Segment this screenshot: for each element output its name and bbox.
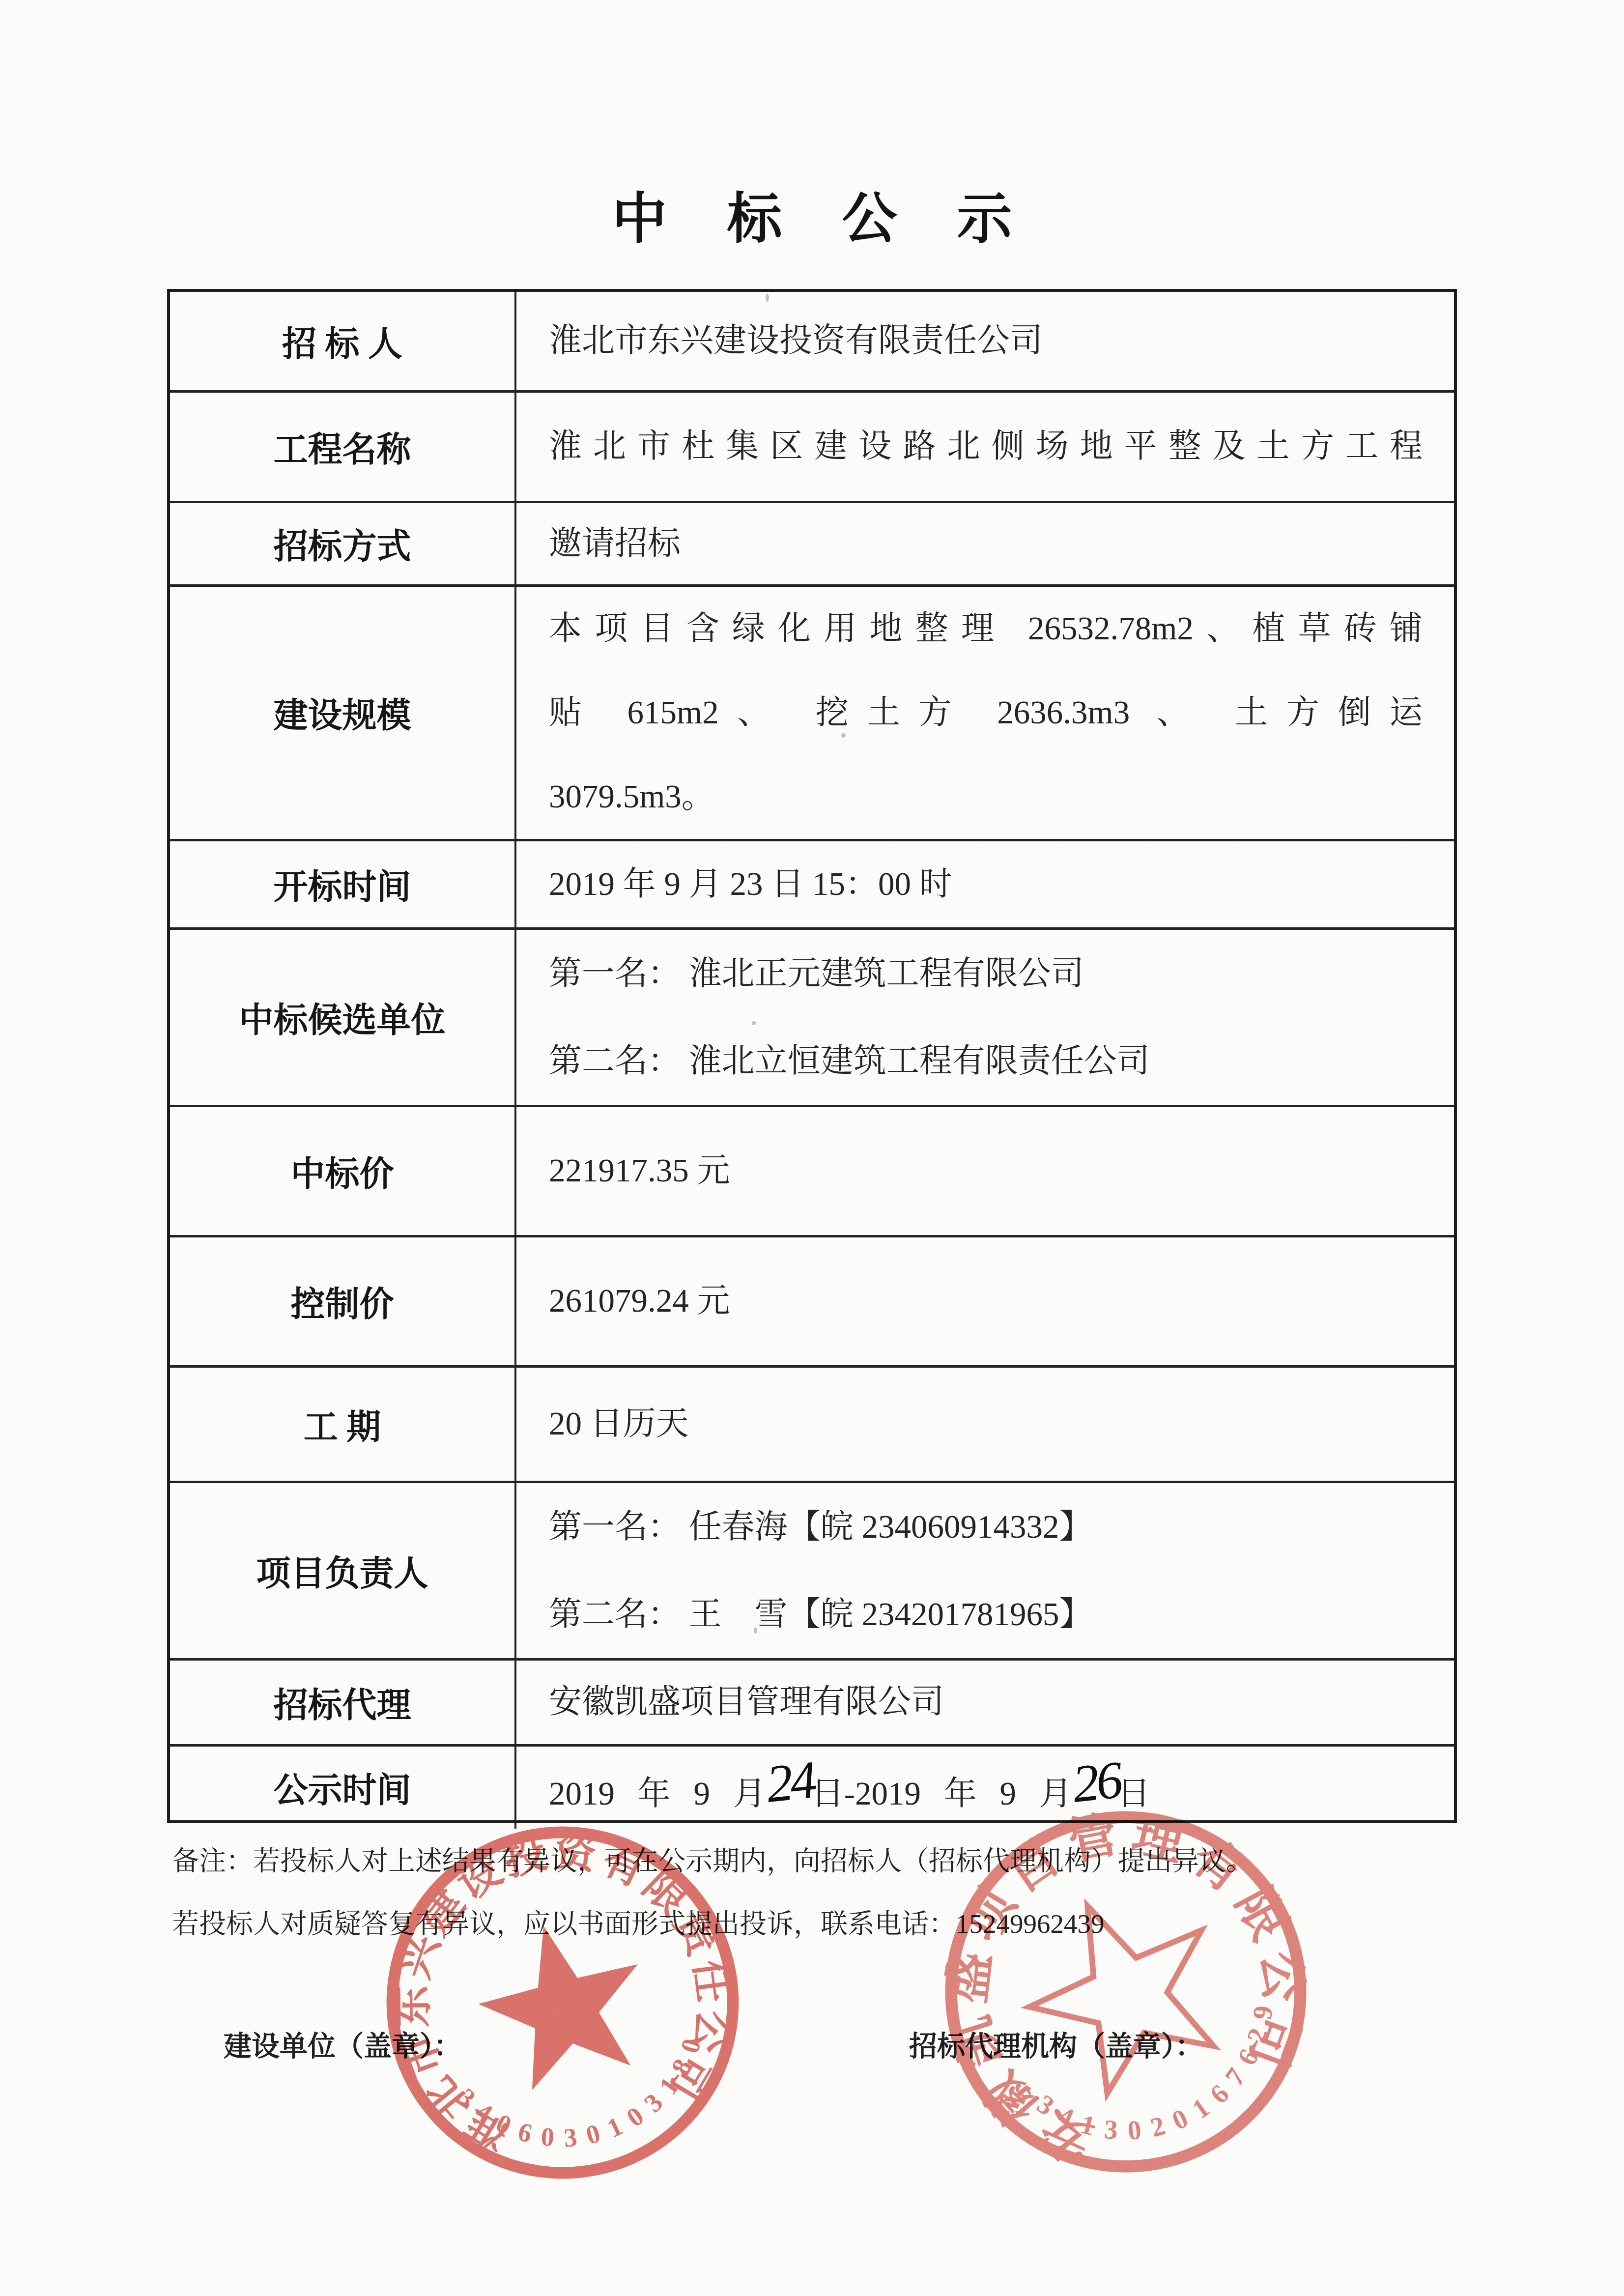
row-value: 第一名： 任春海【皖 234060914332】 第二名： 王 雪【皖 2342… (516, 1483, 1454, 1658)
leader-first: 第一名： 任春海【皖 234060914332】 (549, 1483, 1423, 1571)
row-label: 公示时间 (170, 1747, 516, 1829)
announcement-period-value: 2019 年 9 月24日-2019 年 9 月26日 (549, 1749, 1423, 1826)
row-value: 2019 年 9 月 23 日 15：00 时 (516, 841, 1454, 927)
row-label: 招 标 人 (170, 292, 516, 390)
row-tenderer: 招 标 人 淮北市东兴建设投资有限责任公司 (170, 292, 1454, 393)
handwritten-start-day: 24 (763, 1742, 818, 1824)
seal-number-text: 3406030103180 (447, 2018, 730, 2180)
row-bid-opening-time: 开标时间 2019 年 9 月 23 日 15：00 时 (170, 841, 1454, 930)
row-control-price: 控制价 261079.24 元 (170, 1237, 1454, 1368)
handwritten-end-day: 26 (1069, 1742, 1124, 1824)
row-announcement-period: 公示时间 2019 年 9 月24日-2019 年 9 月26日 (170, 1747, 1454, 1829)
page-title: 中标公示 (0, 175, 1624, 254)
row-value: 2019 年 9 月24日-2019 年 9 月26日 (516, 1747, 1454, 1829)
announcement-table: 招 标 人 淮北市东兴建设投资有限责任公司 工程名称 淮北市杜集区建设路北侧场地… (167, 289, 1457, 1823)
row-value: 第一名： 淮北正元建筑工程有限公司 第二名： 淮北立恒建筑工程有限责任公司 (516, 930, 1454, 1105)
scale-text-line: 3079.5m3。 (549, 755, 1423, 839)
row-label: 招标方式 (170, 503, 516, 584)
row-label: 工 期 (170, 1368, 516, 1481)
scale-text-line: 贴 615m2、 挖土方 2636.3m3 、 土方倒运 (549, 671, 1423, 755)
seal-number-text: 3413020167629 (1023, 1982, 1315, 2187)
row-label: 中标价 (170, 1107, 516, 1235)
remarks-block: 备注：若投标人对上述结果有异议，可在公示期内，向招标人（招标代理机构）提出异议。… (172, 1846, 1459, 1972)
row-construction-scale: 建设规模 本项目含绿化用地整理 26532.78m2、植草砖铺 贴 615m2、… (170, 587, 1454, 841)
row-value: 20 日历天 (516, 1368, 1454, 1481)
candidate-second: 第二名： 淮北立恒建筑工程有限责任公司 (549, 1017, 1423, 1105)
scan-speck (752, 1021, 756, 1025)
row-value: 本项目含绿化用地整理 26532.78m2、植草砖铺 贴 615m2、 挖土方 … (516, 587, 1454, 839)
row-label: 工程名称 (170, 393, 516, 501)
row-winning-candidates: 中标候选单位 第一名： 淮北正元建筑工程有限公司 第二名： 淮北立恒建筑工程有限… (170, 930, 1454, 1107)
leader-second: 第二名： 王 雪【皖 234201781965】 (549, 1571, 1423, 1658)
scan-speck (766, 294, 769, 302)
scan-speck (754, 1628, 757, 1634)
row-project-leaders: 项目负责人 第一名： 任春海【皖 234060914332】 第二名： 王 雪【… (170, 1483, 1454, 1661)
row-label: 开标时间 (170, 841, 516, 927)
scale-text-line: 本项目含绿化用地整理 26532.78m2、植草砖铺 (549, 587, 1423, 671)
row-duration: 工 期 20 日历天 (170, 1368, 1454, 1483)
row-label: 建设规模 (170, 587, 516, 839)
row-bidding-method: 招标方式 邀请招标 (170, 503, 1454, 587)
remark-line-1: 备注：若投标人对上述结果有异议，可在公示期内，向招标人（招标代理机构）提出异议。 (172, 1846, 1459, 1876)
remark-line-2: 若投标人对质疑答复有异议，应以书面形式提出投诉，联系电话：15249962439 (172, 1909, 1459, 1939)
row-bidding-agent: 招标代理 安徽凯盛项目管理有限公司 (170, 1661, 1454, 1747)
row-label: 控制价 (170, 1237, 516, 1365)
row-project-name: 工程名称 淮北市杜集区建设路北侧场地平整及土方工程 (170, 393, 1454, 503)
row-value: 安徽凯盛项目管理有限公司 (516, 1661, 1454, 1744)
period-prefix: 2019 年 9 月 (549, 1776, 766, 1812)
scan-speck (841, 733, 846, 738)
construction-unit-seal-label: 建设单位（盖章）： (224, 2024, 462, 2064)
row-value: 淮北市杜集区建设路北侧场地平整及土方工程 (516, 393, 1454, 501)
candidate-first: 第一名： 淮北正元建筑工程有限公司 (549, 930, 1423, 1017)
row-label: 招标代理 (170, 1661, 516, 1744)
row-value: 221917.35 元 (516, 1107, 1454, 1235)
row-value: 261079.24 元 (516, 1237, 1454, 1365)
scanned-document-page: 中标公示 招 标 人 淮北市东兴建设投资有限责任公司 工程名称 淮北市杜集区建设… (0, 0, 1624, 2296)
row-value: 淮北市东兴建设投资有限责任公司 (516, 292, 1454, 390)
row-value: 邀请招标 (516, 503, 1454, 584)
row-winning-price: 中标价 221917.35 元 (170, 1107, 1454, 1237)
bidding-agent-seal-label: 招标代理机构（盖章）： (909, 2024, 1203, 2064)
row-label: 中标候选单位 (170, 930, 516, 1105)
row-label: 项目负责人 (170, 1483, 516, 1658)
period-middle: 日-2019 年 9 月 (811, 1776, 1072, 1812)
